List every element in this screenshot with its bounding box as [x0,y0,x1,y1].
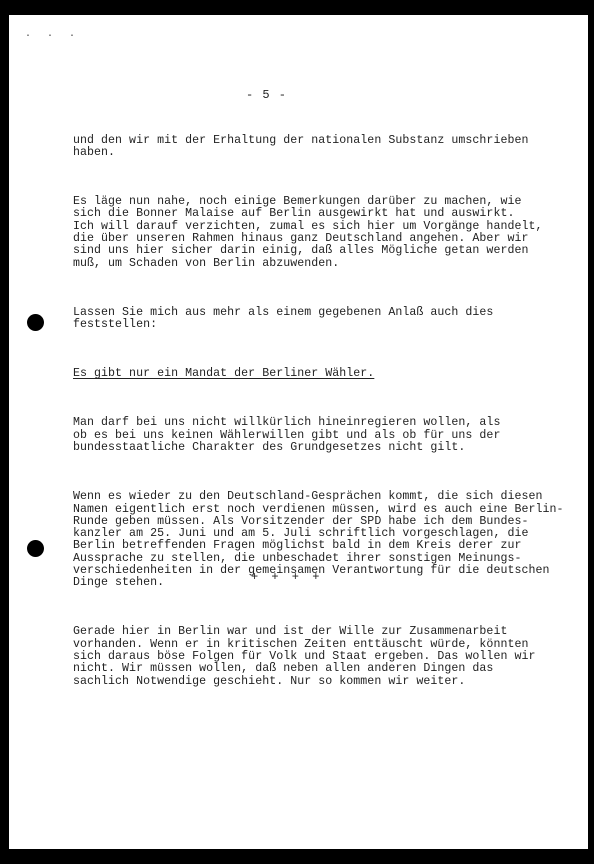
paragraph: Wenn es wieder zu den Deutschland-Gesprä… [73,491,593,589]
text-line: sachlich Notwendige geschieht. Nur so ko… [73,676,593,688]
end-marks: + + + + [251,570,319,584]
text-line: Man darf bei uns nicht willkürlich hinei… [73,417,593,429]
paragraph: Lassen Sie mich aus mehr als einem gegeb… [73,307,593,332]
punch-hole-icon [27,314,44,331]
body-text: und den wir mit der Erhaltung der nation… [73,110,593,725]
text-line: muß, um Schaden von Berlin abzuwenden. [73,258,593,270]
text-line: haben. [73,147,593,159]
text-line: Berlin betreffenden Fragen möglichst bal… [73,540,593,552]
document-page: . . . - 5 - und den wir mit der Erhaltun… [9,15,588,849]
page-number: - 5 - [246,88,287,102]
text-line: Dinge stehen. [73,577,593,589]
text-line: Gerade hier in Berlin war und ist der Wi… [73,626,593,638]
paragraph: Gerade hier in Berlin war und ist der Wi… [73,626,593,687]
paragraph: Es läge nun nahe, noch einige Bemerkunge… [73,196,593,270]
text-line: und den wir mit der Erhaltung der nation… [73,135,593,147]
text-line: sind uns hier sicher darin einig, daß al… [73,245,593,257]
text-line: Namen eigentlich erst noch verdienen müs… [73,504,593,516]
underlined-statement: Es gibt nur ein Mandat der Berliner Wähl… [73,367,374,380]
paragraph: und den wir mit der Erhaltung der nation… [73,135,593,160]
text-line: Wenn es wieder zu den Deutschland-Gesprä… [73,491,593,503]
text-line: feststellen: [73,319,593,331]
punch-hole-icon [27,540,44,557]
text-line: nicht. Wir müssen wollen, daß neben alle… [73,663,593,675]
section-heading: Es gibt nur ein Mandat der Berliner Wähl… [73,368,593,380]
text-line: bundesstaatliche Charakter des Grundgese… [73,442,593,454]
text-line: sich die Bonner Malaise auf Berlin ausge… [73,208,593,220]
corner-marks: . . . [25,29,80,40]
paragraph: Man darf bei uns nicht willkürlich hinei… [73,417,593,454]
